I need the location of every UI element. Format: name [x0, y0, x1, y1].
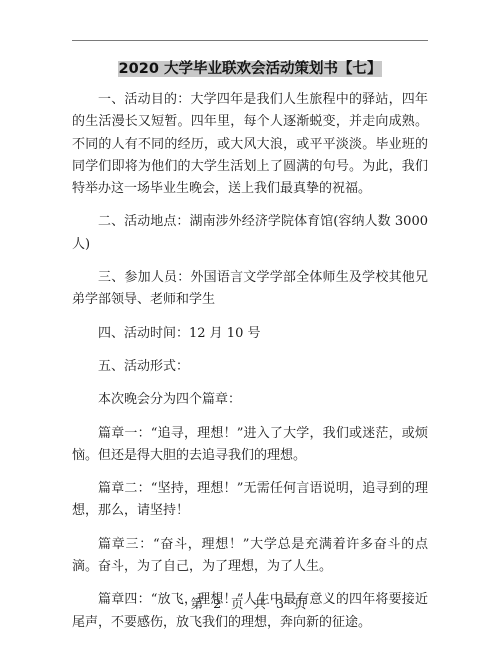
document-body: 一、活动目的：大学四年是我们人生旅程中的驿站，四年的生活漫长又短暂。四年里，每个…: [72, 89, 428, 645]
document-title: 2020 大学毕业联欢会活动策划书【七】: [118, 61, 383, 77]
paragraph-format: 五、活动形式：: [72, 356, 428, 378]
page-number-footer: 第 2 页 共 3 页: [0, 594, 500, 612]
paragraph-location: 二、活动地点：湖南涉外经济学院体育馆(容纳人数 3000 人): [72, 211, 428, 256]
paragraph-chapter-2: 篇章二：“坚持，理想！”无需任何言语说明，追寻到的理想，那么，请坚持！: [72, 478, 428, 523]
paragraph-participants: 三、参加人员：外国语言文学学部全体师生及学校其他兄弟学部领导、老师和学生: [72, 267, 428, 312]
document-title-block: 2020 大学毕业联欢会活动策划书【七】: [0, 58, 500, 79]
paragraph-time: 四、活动时间：12 月 10 号: [72, 323, 428, 345]
paragraph-purpose: 一、活动目的：大学四年是我们人生旅程中的驿站，四年的生活漫长又短暂。四年里，每个…: [72, 89, 428, 200]
paragraph-chapters-intro: 本次晚会分为四个篇章：: [72, 389, 428, 411]
paragraph-chapter-1: 篇章一：“追寻，理想！”进入了大学，我们或迷茫，或烦恼。但还是得大胆的去追寻我们…: [72, 423, 428, 468]
header-rule: [72, 40, 428, 41]
paragraph-chapter-3: 篇章三：“奋斗，理想！”大学总是充满着许多奋斗的点滴。奋斗，为了自己，为了理想，…: [72, 534, 428, 579]
